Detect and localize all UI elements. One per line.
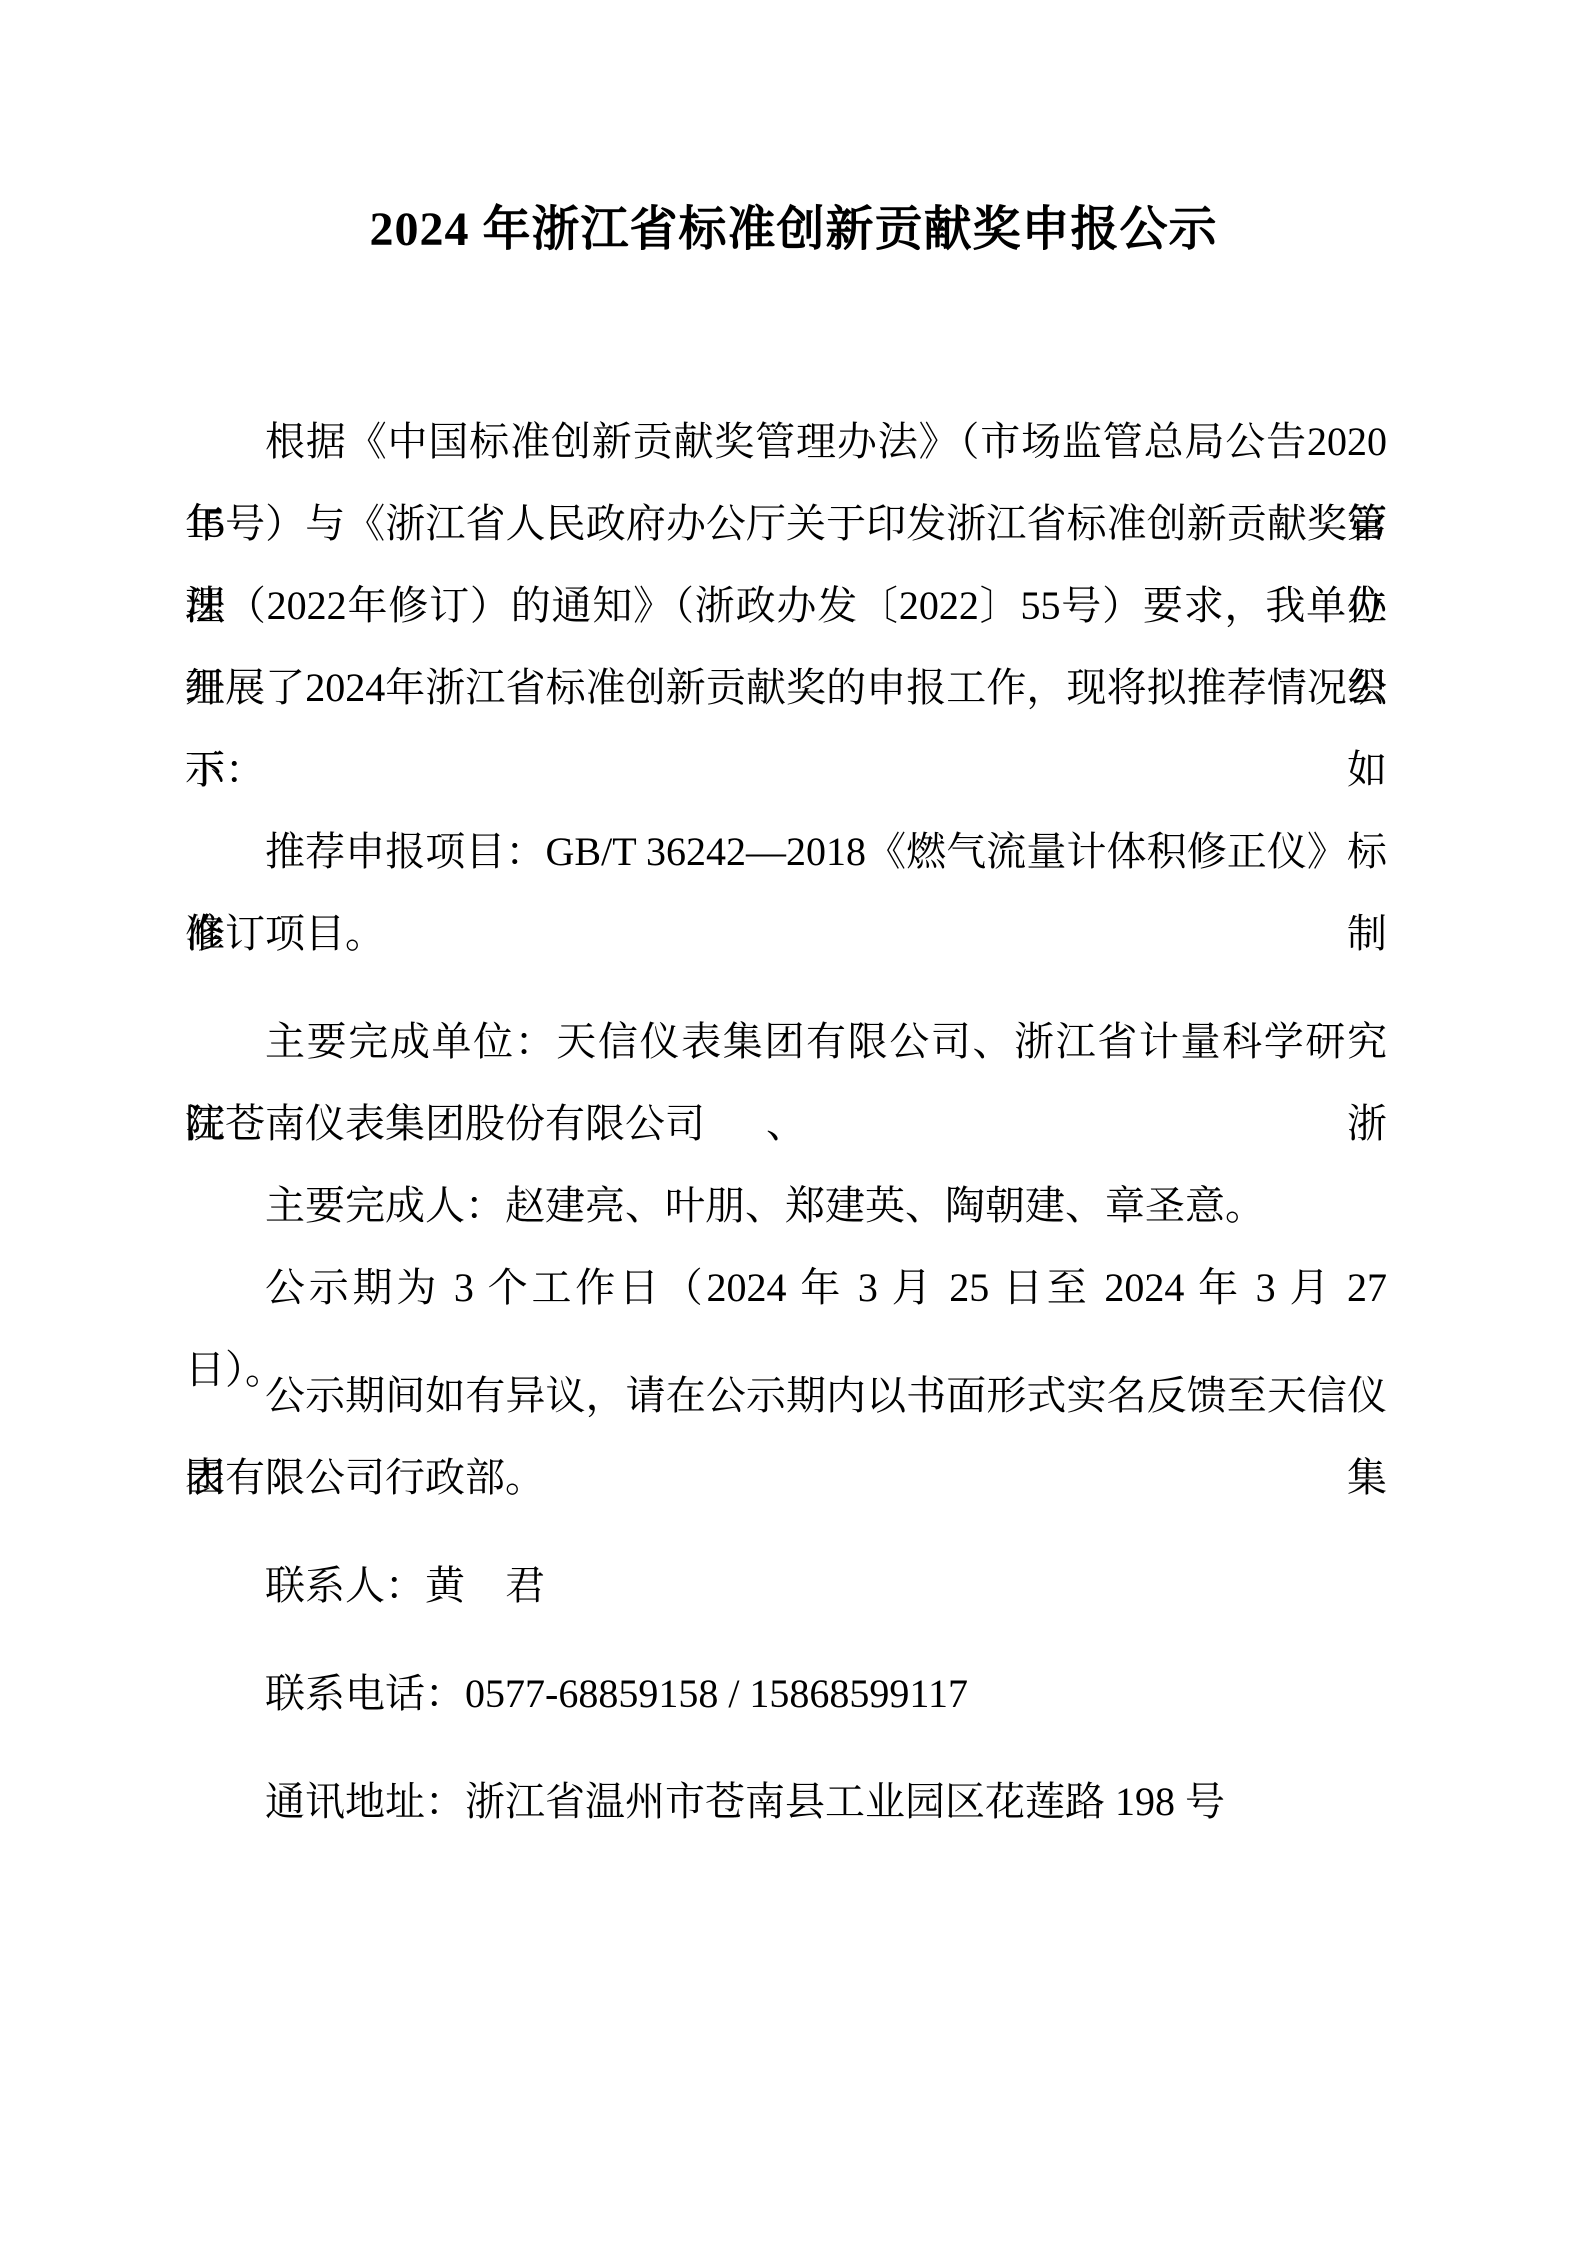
paragraph-line: 通讯地址：浙江省温州市苍南县工业园区花莲路 198 号: [185, 1761, 1387, 1843]
paragraph-line: 开展了2024年浙江省标准创新贡献奖的申报工作，现将拟推荐情况公示如: [185, 647, 1387, 729]
paragraph: 通讯地址：浙江省温州市苍南县工业园区花莲路 198 号: [185, 1761, 1387, 1843]
paragraph-line: 根据《中国标准创新贡献奖管理办法》（市场监管总局公告2020年第: [185, 401, 1387, 483]
paragraph: 联系电话：0577-68859158 / 15868599117: [185, 1653, 1387, 1735]
document-title: 2024 年浙江省标准创新贡献奖申报公示: [0, 199, 1587, 261]
paragraph-line: 联系人：黄 君: [185, 1545, 1387, 1627]
paragraph-line: 公示期间如有异议，请在公示期内以书面形式实名反馈至天信仪表集: [185, 1355, 1387, 1437]
paragraph: 主要完成人：赵建亮、叶朋、郑建英、陶朝建、章圣意。: [185, 1165, 1387, 1247]
paragraph: 公示期为 3 个工作日（2024 年 3 月 25 日至 2024 年 3 月 …: [185, 1247, 1387, 1329]
paragraph-line: 15号）与《浙江省人民政府办公厅关于印发浙江省标准创新贡献奖管理办: [185, 483, 1387, 565]
paragraph-line: 法（2022年修订）的通知》（浙政办发〔2022〕55号）要求，我单位组织: [185, 565, 1387, 647]
paragraph-line: 联系电话：0577-68859158 / 15868599117: [185, 1653, 1387, 1735]
paragraph-line: 公示期为 3 个工作日（2024 年 3 月 25 日至 2024 年 3 月 …: [185, 1247, 1387, 1329]
paragraph-line: 主要完成单位：天信仪表集团有限公司、浙江省计量科学研究院、浙: [185, 1001, 1387, 1083]
paragraph: 推荐申报项目：GB/T 36242—2018《燃气流量计体积修正仪》标准制修订项…: [185, 811, 1387, 975]
paragraph: 根据《中国标准创新贡献奖管理办法》（市场监管总局公告2020年第15号）与《浙江…: [185, 401, 1387, 811]
document-page: 2024 年浙江省标准创新贡献奖申报公示 根据《中国标准创新贡献奖管理办法》（市…: [0, 0, 1587, 2245]
paragraph: 主要完成单位：天信仪表集团有限公司、浙江省计量科学研究院、浙江苍南仪表集团股份有…: [185, 1001, 1387, 1165]
paragraph-line: 主要完成人：赵建亮、叶朋、郑建英、陶朝建、章圣意。: [185, 1165, 1387, 1247]
document-body: 根据《中国标准创新贡献奖管理办法》（市场监管总局公告2020年第15号）与《浙江…: [185, 401, 1387, 1843]
paragraph: 联系人：黄 君: [185, 1545, 1387, 1627]
paragraph: 公示期间如有异议，请在公示期内以书面形式实名反馈至天信仪表集团有限公司行政部。: [185, 1355, 1387, 1519]
paragraph-line: 推荐申报项目：GB/T 36242—2018《燃气流量计体积修正仪》标准制: [185, 811, 1387, 893]
